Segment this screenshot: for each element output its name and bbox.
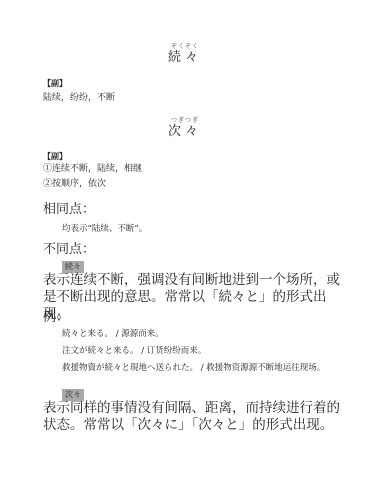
headword-kanji: 次々 xyxy=(0,124,370,139)
difference-description: 表示连续不断，强调没有间断地进到一个场所，或是不断出现的意思。常常以「続々と」的… xyxy=(43,272,353,323)
meaning-line: ②按顺序，依次 xyxy=(43,177,106,192)
example-sentence: 続々と来る。 / 源源而来。 xyxy=(43,326,343,343)
similarities-text: 均表示“陆续、不断”。 xyxy=(62,222,147,234)
dictionary-page: ぞくぞく 続々 【副】 陆续，纷纷，不断 つぎつぎ 次々 【副】 ①连续不断，陆… xyxy=(0,0,370,480)
headword-tsugitsugi: つぎつぎ 次々 xyxy=(0,117,370,139)
furigana-reading: ぞくぞく xyxy=(0,43,370,50)
part-of-speech-label: 【副】 xyxy=(43,151,67,162)
example-sentence: 注文が続々と来る。 / 订货纷纷而来。 xyxy=(43,343,343,360)
headword-kanji: 続々 xyxy=(0,50,370,65)
meaning-line: 陆续，纷纷，不断 xyxy=(43,91,115,106)
headword-zokuzoku: ぞくぞく 続々 xyxy=(0,43,370,65)
meaning-line: ①连续不断，陆续，相继 xyxy=(43,162,142,177)
part-of-speech-label: 【副】 xyxy=(43,78,67,89)
differences-heading: 不同点： xyxy=(43,238,95,257)
examples-heading: 例： xyxy=(43,306,69,325)
difference-description: 表示同样的事情没有间隔、距离，而持续进行着的状态。常常以「次々に」「次々と」的形… xyxy=(43,400,353,434)
furigana-reading: つぎつぎ xyxy=(0,117,370,124)
similarities-heading: 相同点： xyxy=(43,198,95,217)
example-sentence: 救援物資が続々と現地へ送られた。 / 救援物资源源不断地运往现场。 xyxy=(43,360,343,377)
